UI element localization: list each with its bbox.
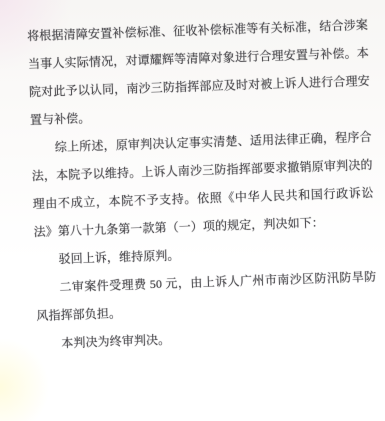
paragraph: 将根据清障安置补偿标准、征收补偿标准等有关标准，结合涉案当事人实际情况，对谭耀辉… bbox=[27, 11, 372, 134]
paragraph: 综上所述，原审判决认定事实清楚、适用法律正确，程序合法，本院予以维持。上诉人南沙… bbox=[30, 123, 375, 246]
document-body: 将根据清障安置补偿标准、征收补偿标准等有关标准，结合涉案当事人实际情况，对谭耀辉… bbox=[27, 11, 379, 358]
scanned-judgment-page: 将根据清障安置补偿标准、征收补偿标准等有关标准，结合涉案当事人实际情况，对谭耀辉… bbox=[0, 0, 385, 421]
